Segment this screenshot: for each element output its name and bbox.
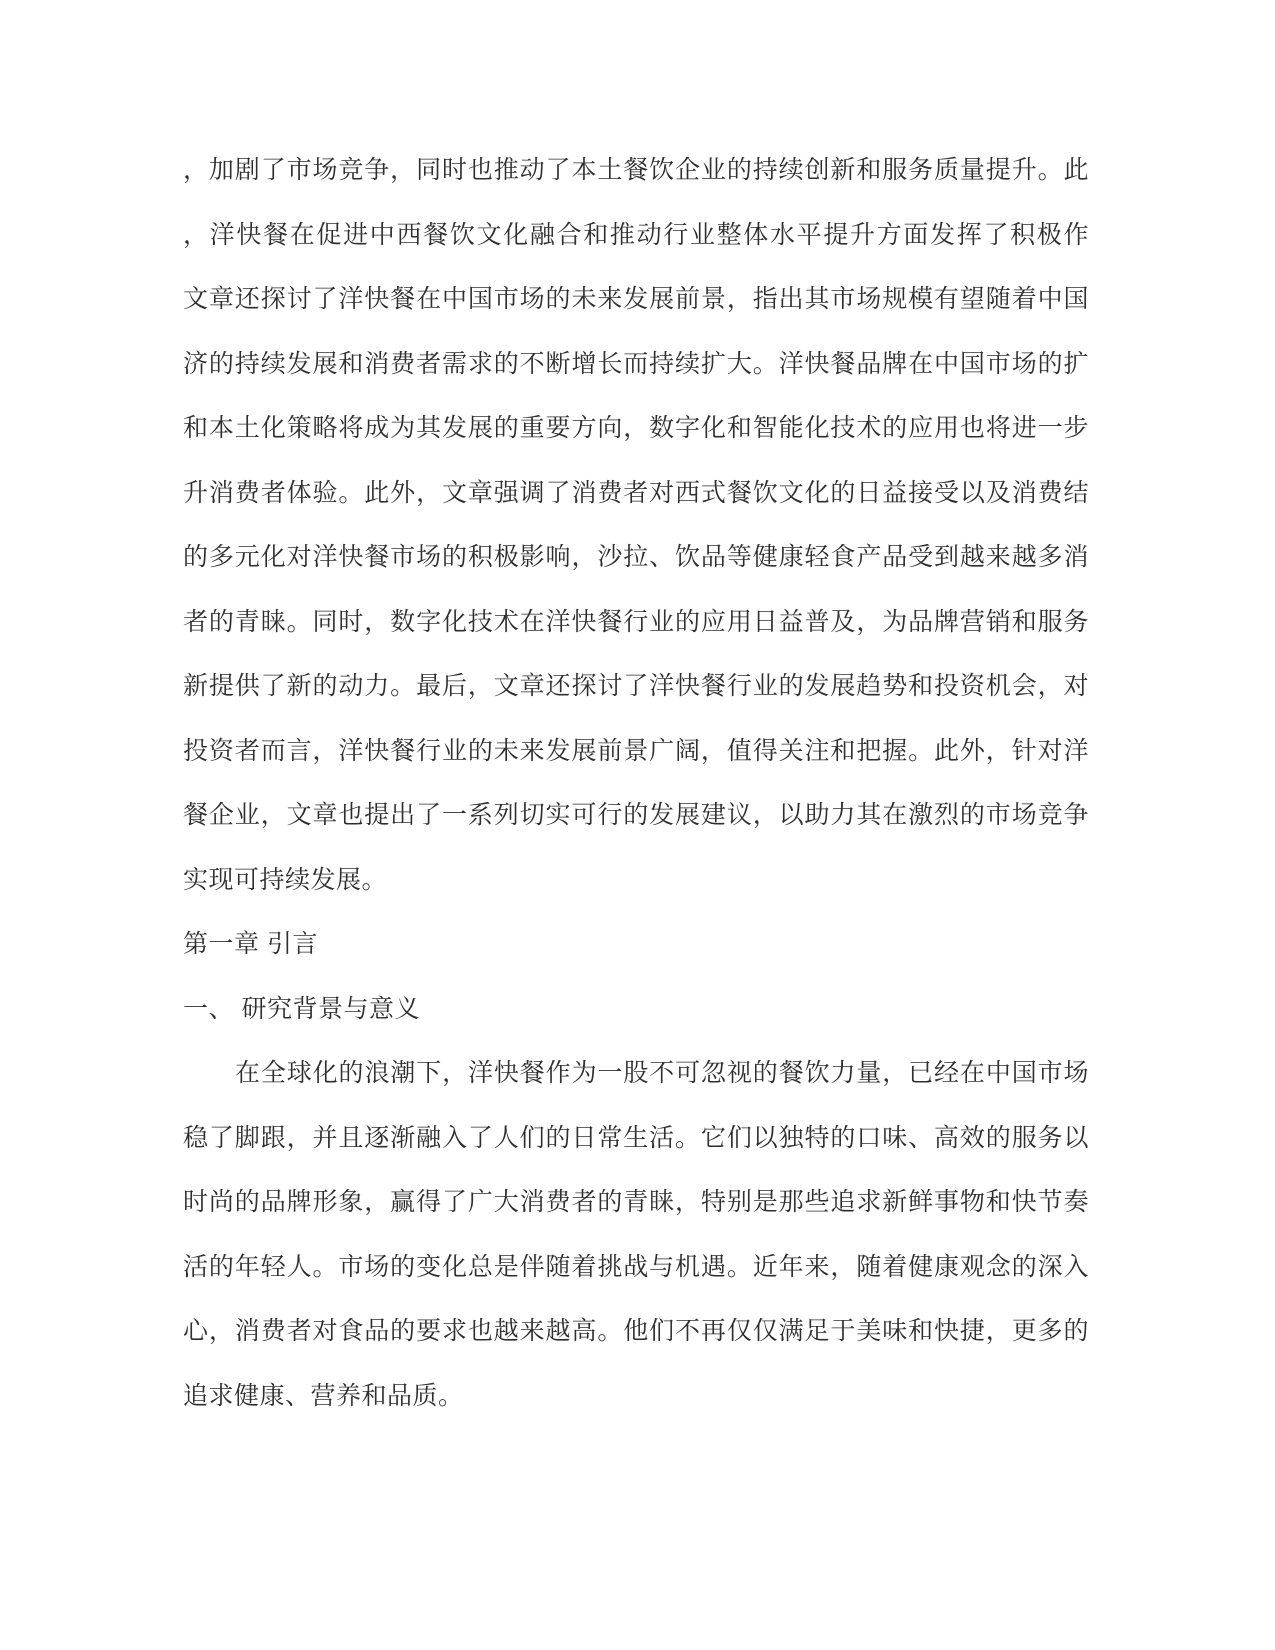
chapter-heading: 第一章 引言 bbox=[183, 912, 1089, 977]
abstract-line: 和本土化策略将成为其发展的重要方向，数字化和智能化技术的应用也将进一步提 bbox=[183, 396, 1089, 461]
paragraph-line: 在全球化的浪潮下，洋快餐作为一股不可忽视的餐饮力量，已经在中国市场站 bbox=[183, 1041, 1089, 1106]
abstract-line: 实现可持续发展。 bbox=[183, 848, 1089, 913]
paragraph-line: 稳了脚跟，并且逐渐融入了人们的日常生活。它们以独特的口味、高效的服务以及 bbox=[183, 1106, 1089, 1171]
abstract-line: 投资者而言，洋快餐行业的未来发展前景广阔，值得关注和把握。此外，针对洋快 bbox=[183, 719, 1089, 784]
paragraph-line: 时尚的品牌形象，赢得了广大消费者的青睐，特别是那些追求新鲜事物和快节奏生 bbox=[183, 1170, 1089, 1235]
abstract-line: 餐企业，文章也提出了一系列切实可行的发展建议，以助力其在激烈的市场竞争中 bbox=[183, 783, 1089, 848]
abstract-line: 升消费者体验。此外，文章强调了消费者对西式餐饮文化的日益接受以及消费结构 bbox=[183, 461, 1089, 526]
document-content: ，加剧了市场竞争，同时也推动了本土餐饮企业的持续创新和服务质量提升。此外，洋快餐… bbox=[183, 138, 1089, 1428]
document-page: ，加剧了市场竞争，同时也推动了本土餐饮企业的持续创新和服务质量提升。此外，洋快餐… bbox=[0, 0, 1275, 1650]
abstract-line: 文章还探讨了洋快餐在中国市场的未来发展前景，指出其市场规模有望随着中国经 bbox=[183, 267, 1089, 332]
paragraph-line: 追求健康、营养和品质。 bbox=[183, 1364, 1089, 1429]
abstract-line: 的多元化对洋快餐市场的积极影响，沙拉、饮品等健康轻食产品受到越来越多消费 bbox=[183, 525, 1089, 590]
abstract-line: ，洋快餐在促进中西餐饮文化融合和推动行业整体水平提升方面发挥了积极作用。 bbox=[183, 203, 1089, 268]
section-heading: 一、 研究背景与意义 bbox=[183, 977, 1089, 1042]
paragraph-line: 心，消费者对食品的要求也越来越高。他们不再仅仅满足于美味和快捷，更多的是 bbox=[183, 1299, 1089, 1364]
abstract-line: 济的持续发展和消费者需求的不断增长而持续扩大。洋快餐品牌在中国市场的扩张 bbox=[183, 332, 1089, 397]
paragraph-line: 活的年轻人。市场的变化总是伴随着挑战与机遇。近年来，随着健康观念的深入人 bbox=[183, 1235, 1089, 1300]
abstract-line: 者的青睐。同时，数字化技术在洋快餐行业的应用日益普及，为品牌营销和服务创 bbox=[183, 590, 1089, 655]
abstract-line: ，加剧了市场竞争，同时也推动了本土餐饮企业的持续创新和服务质量提升。此外 bbox=[183, 138, 1089, 203]
abstract-line: 新提供了新的动力。最后，文章还探讨了洋快餐行业的发展趋势和投资机会，对于 bbox=[183, 654, 1089, 719]
